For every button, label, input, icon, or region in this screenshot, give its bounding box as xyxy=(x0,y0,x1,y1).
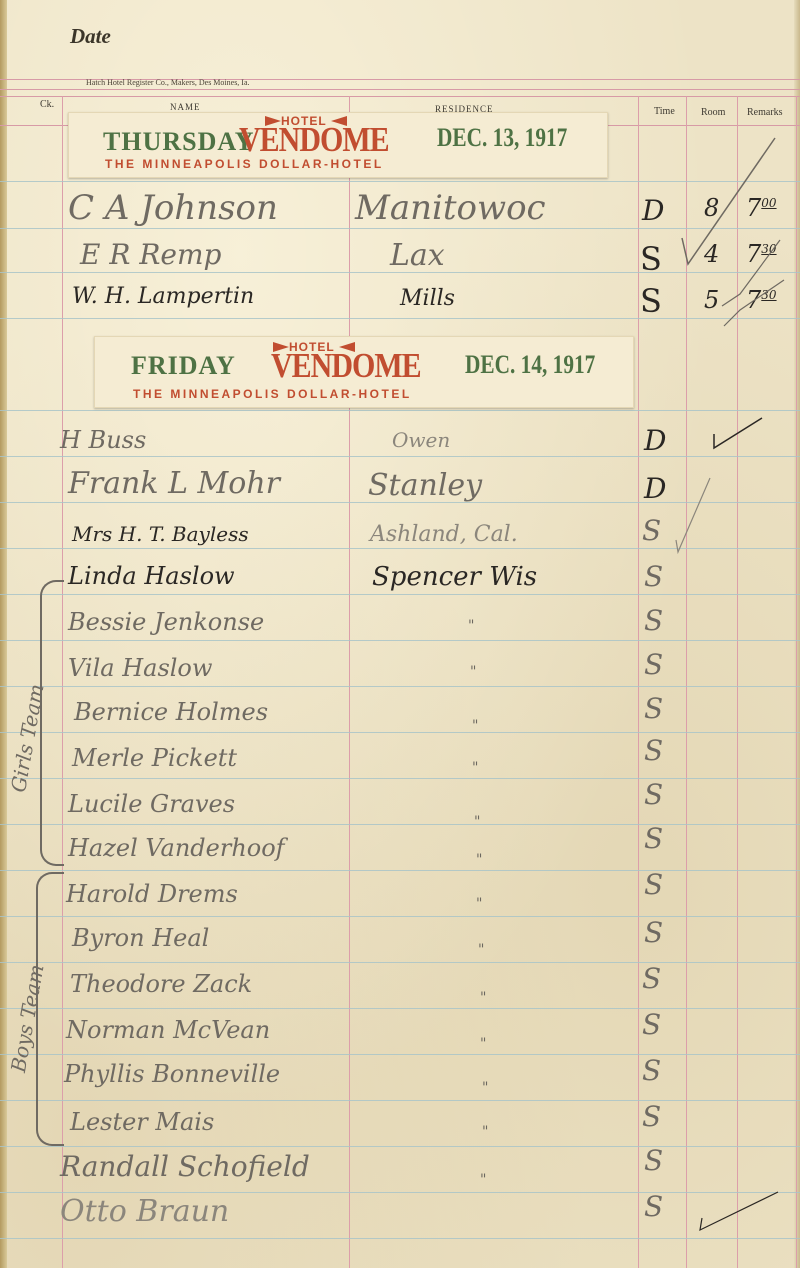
ruled-line xyxy=(0,870,800,871)
guest-name: Frank L Mohr xyxy=(68,466,280,501)
guest-time: D xyxy=(642,194,664,227)
guest-residence: Owen xyxy=(392,428,450,452)
guest-name: Norman McVean xyxy=(66,1016,270,1044)
ruled-line xyxy=(0,962,800,963)
ruled-line xyxy=(0,686,800,687)
guest-name: Harold Drems xyxy=(66,880,238,908)
ruled-line xyxy=(0,824,800,825)
ditto-mark: " xyxy=(470,664,476,680)
check-mark-icon xyxy=(700,412,770,452)
guest-time: S xyxy=(644,692,663,725)
banner-date: DEC. 14, 1917 xyxy=(465,350,595,380)
banner-tagline: THE MINNEAPOLIS DOLLAR-HOTEL xyxy=(105,157,384,171)
ruled-line xyxy=(0,916,800,917)
date-banner-friday: FRIDAY HOTEL VENDOME DEC. 14, 1917 THE M… xyxy=(94,336,634,408)
guest-name: Merle Pickett xyxy=(72,744,237,772)
large-check-mark-icon xyxy=(680,130,790,330)
ditto-mark: " xyxy=(474,814,480,830)
check-mark-icon xyxy=(668,470,718,560)
ditto-mark: " xyxy=(476,896,482,912)
ruled-line xyxy=(0,1054,800,1055)
guest-time: S xyxy=(642,514,661,547)
guest-name: Lester Mais xyxy=(70,1108,214,1136)
guest-time: S xyxy=(644,868,663,901)
guest-name: Bernice Holmes xyxy=(74,698,268,726)
ditto-mark: " xyxy=(472,760,478,776)
guest-time: S xyxy=(640,282,662,320)
banner-day: THURSDAY xyxy=(103,127,255,157)
guest-name: Phyllis Bonneville xyxy=(64,1060,280,1088)
banner-day: FRIDAY xyxy=(131,351,236,381)
guest-time: S xyxy=(644,1144,663,1177)
banner-hotel-name: VENDOME xyxy=(239,121,389,160)
guest-name: Mrs H. T. Bayless xyxy=(72,522,249,546)
column-header-room: Room xyxy=(701,107,725,118)
ditto-mark: " xyxy=(480,1172,486,1188)
ruled-line xyxy=(0,732,800,733)
book-spine xyxy=(0,0,7,1268)
ruled-line xyxy=(0,1146,800,1147)
guest-time: S xyxy=(644,916,663,949)
ruled-line xyxy=(0,1008,800,1009)
ditto-mark: " xyxy=(476,852,482,868)
maker-imprint: Hatch Hotel Register Co., Makers, Des Mo… xyxy=(86,78,250,87)
guest-residence: Stanley xyxy=(368,468,482,503)
guest-name: Byron Heal xyxy=(72,924,209,952)
ditto-mark: " xyxy=(480,1036,486,1052)
ditto-mark: " xyxy=(480,990,486,1006)
banner-hotel-name: VENDOME xyxy=(271,347,421,386)
column-header-remarks: Remarks xyxy=(747,107,783,118)
date-banner-thursday: THURSDAY HOTEL VENDOME DEC. 13, 1917 THE… xyxy=(68,112,608,178)
guest-time: S xyxy=(640,240,662,278)
guest-residence: Lax xyxy=(390,238,445,273)
guest-time: S xyxy=(644,560,663,593)
ditto-mark: " xyxy=(468,618,474,634)
ruled-line xyxy=(0,640,800,641)
header-rule-3 xyxy=(0,96,800,97)
guest-name: Bessie Jenkonse xyxy=(68,608,264,636)
ruled-line xyxy=(0,1100,800,1101)
page-edge xyxy=(794,0,800,1268)
guest-time: S xyxy=(644,648,663,681)
ditto-mark: " xyxy=(482,1080,488,1096)
guest-time: S xyxy=(644,822,663,855)
guest-time: S xyxy=(644,1190,663,1223)
guest-name: Vila Haslow xyxy=(68,654,212,682)
guest-name: C A Johnson xyxy=(68,188,278,228)
column-header-name: NAME xyxy=(170,102,201,112)
guest-residence: Ashland, Cal. xyxy=(370,522,518,547)
ruled-line xyxy=(0,456,800,457)
check-mark-icon xyxy=(696,1188,786,1238)
guest-time: S xyxy=(644,778,663,811)
column-header-time: Time xyxy=(654,106,675,117)
guest-name: Hazel Vanderhoof xyxy=(68,834,285,862)
ditto-mark: " xyxy=(472,718,478,734)
guest-time: S xyxy=(642,962,661,995)
guest-name: Theodore Zack xyxy=(70,970,252,998)
banner-date: DEC. 13, 1917 xyxy=(437,123,567,153)
guest-name: H Buss xyxy=(60,426,146,454)
date-label: Date xyxy=(70,24,111,49)
ruled-line xyxy=(0,778,800,779)
guest-residence: Mills xyxy=(400,286,455,311)
guest-time: S xyxy=(642,1100,661,1133)
guest-name: E R Remp xyxy=(80,238,221,271)
guest-time: D xyxy=(644,424,666,457)
guest-name: Linda Haslow xyxy=(68,562,235,590)
ditto-mark: " xyxy=(482,1124,488,1140)
guest-time: D xyxy=(644,472,666,505)
guest-time: S xyxy=(642,1054,661,1087)
guest-time: S xyxy=(644,734,663,767)
guest-time: S xyxy=(642,1008,661,1041)
guest-name: Randall Schofield xyxy=(60,1150,310,1183)
guest-name: Lucile Graves xyxy=(68,790,235,818)
banner-tagline: THE MINNEAPOLIS DOLLAR-HOTEL xyxy=(133,387,412,401)
guest-name: W. H. Lampertin xyxy=(72,284,254,309)
header-rule-2 xyxy=(0,89,800,90)
column-header-ck: Ck. xyxy=(40,99,54,110)
ruled-line xyxy=(0,594,800,595)
guest-time: S xyxy=(644,604,663,637)
ruled-line xyxy=(0,1238,800,1239)
ruled-line xyxy=(0,410,800,411)
ditto-mark: " xyxy=(478,942,484,958)
guest-residence: Manitowoc xyxy=(355,188,546,228)
ruled-line xyxy=(0,1192,800,1193)
guest-name: Otto Braun xyxy=(60,1194,229,1229)
girls-team-bracket xyxy=(40,580,64,866)
guest-residence: Spencer Wis xyxy=(372,562,537,592)
